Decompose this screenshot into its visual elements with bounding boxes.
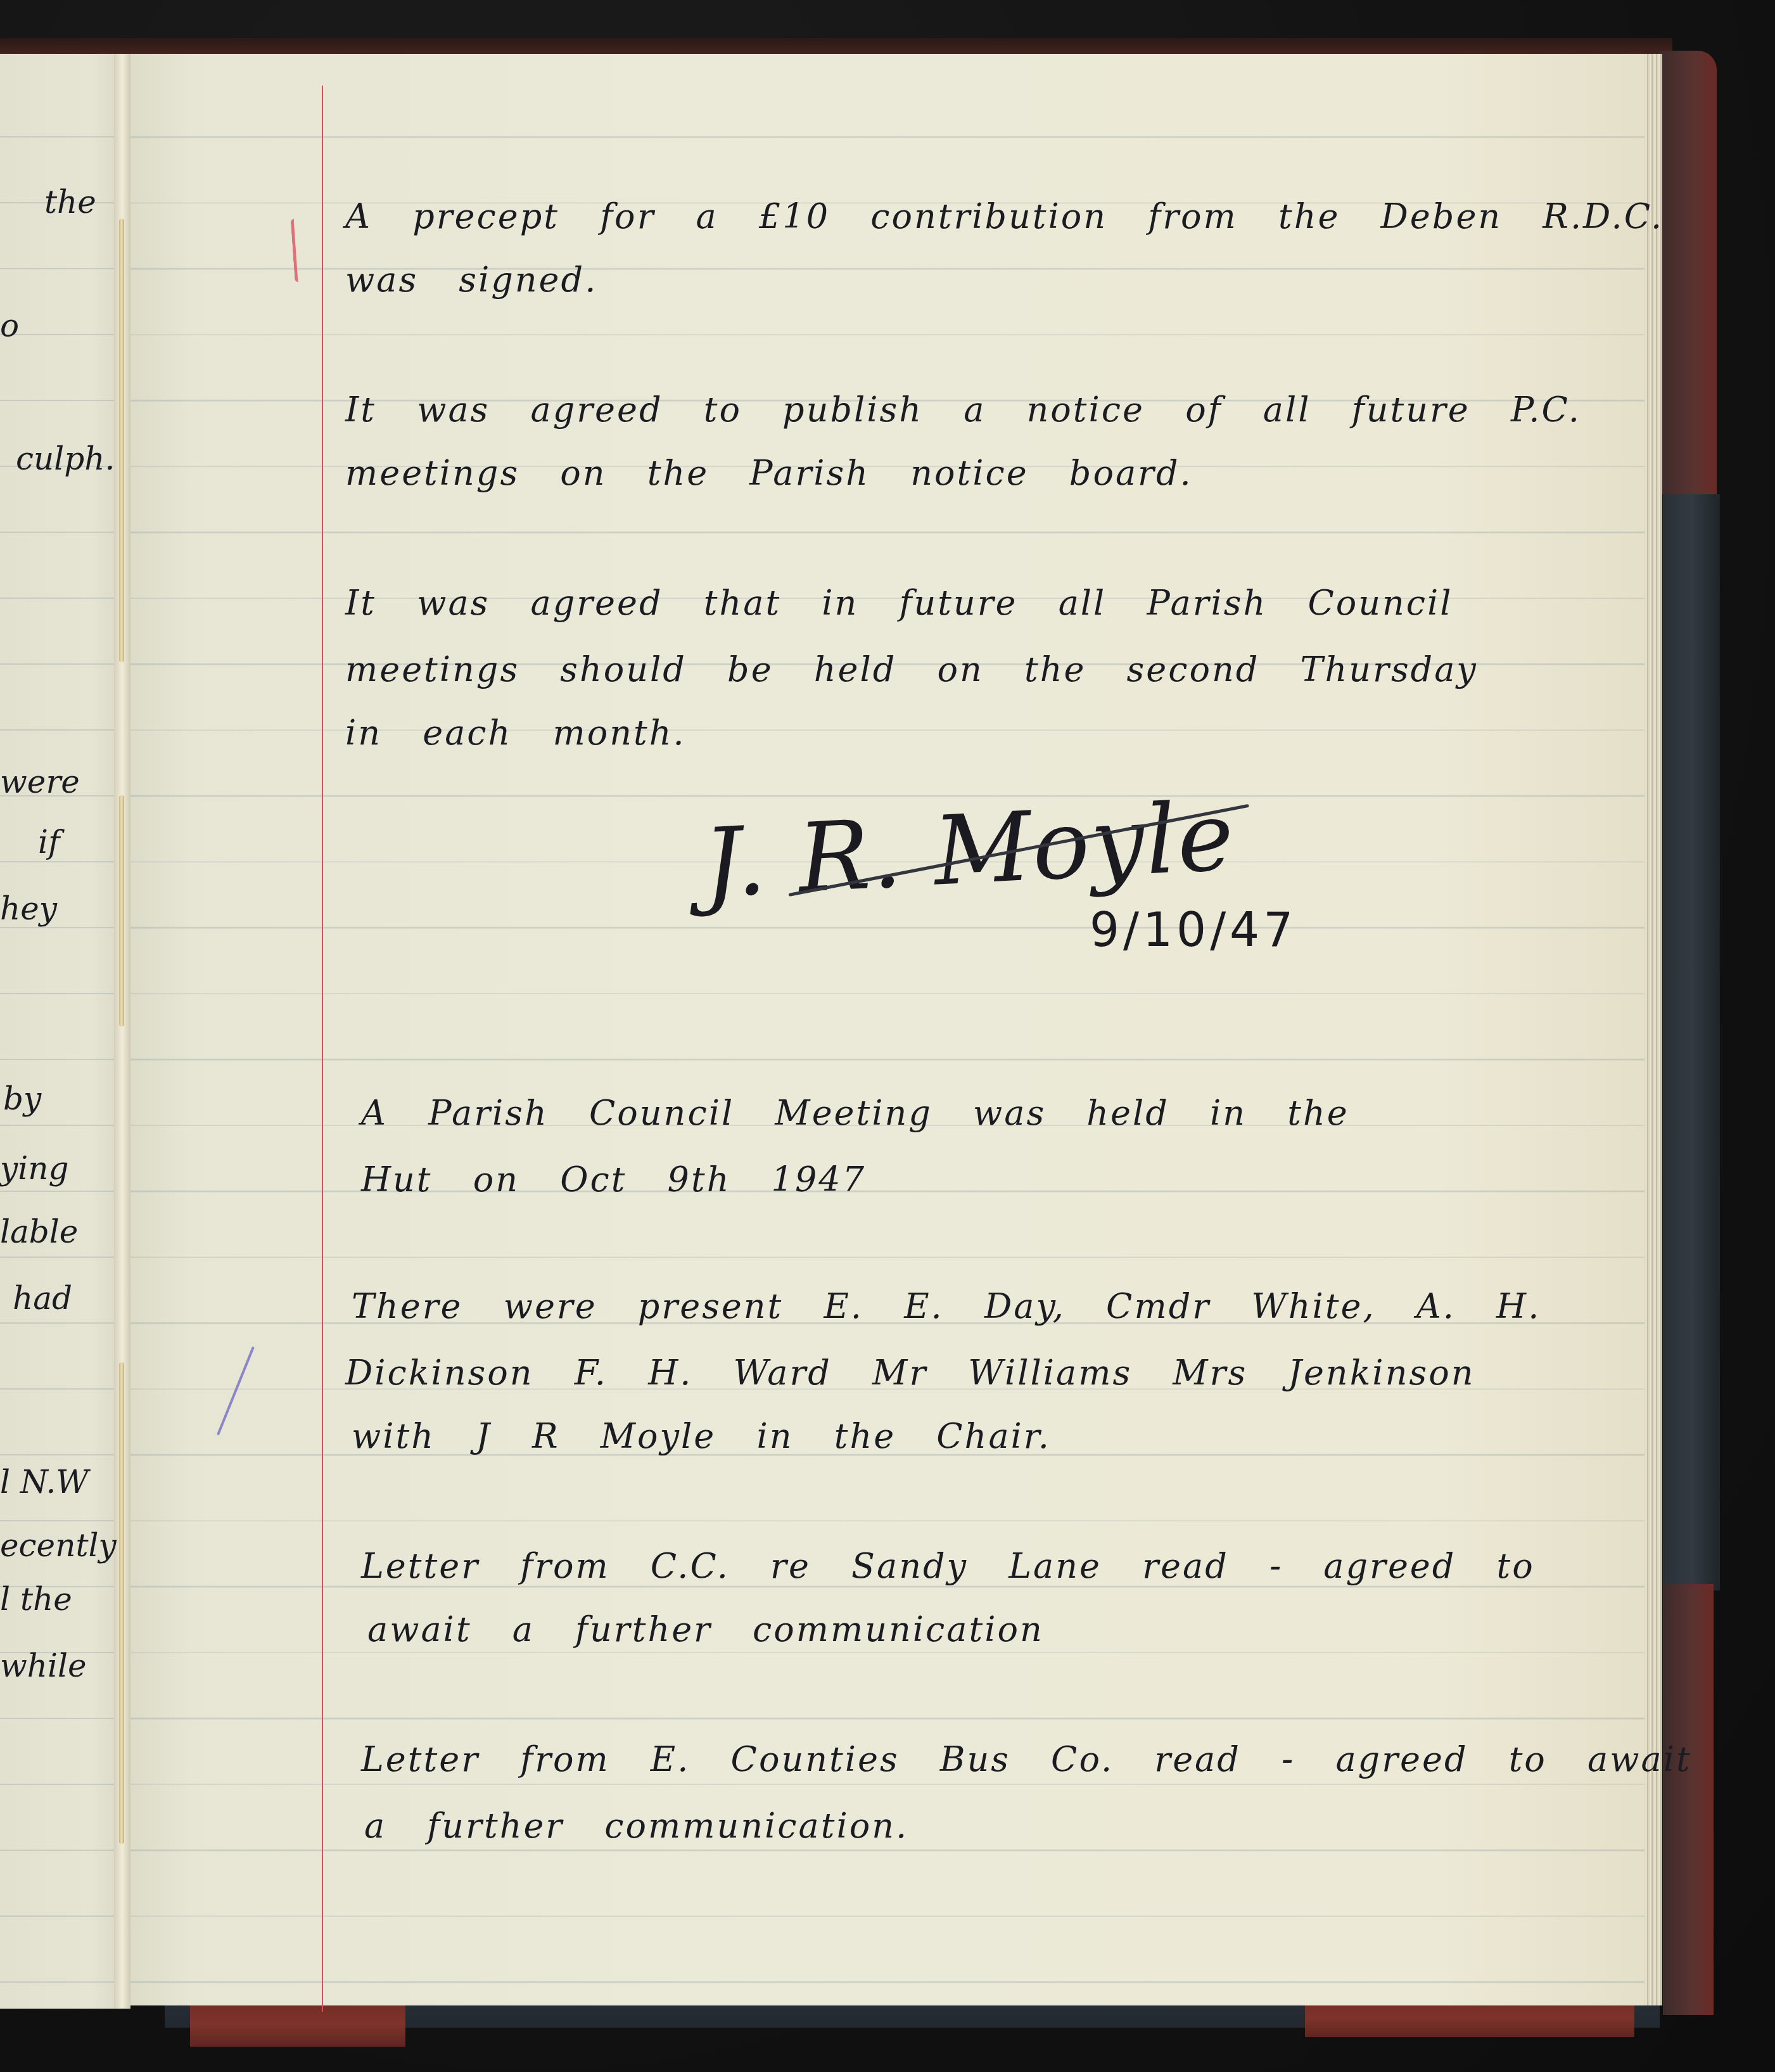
handwritten-line: There were present E. E. Day, Cmdr White… [352, 1286, 1541, 1326]
handwritten-line: was signed. [345, 260, 597, 300]
left-fragment: culph. [16, 440, 115, 477]
right-page-ruling [130, 54, 1645, 2005]
left-page-ruling [0, 54, 114, 2009]
handwritten-line: Hut on Oct 9th 1947 [361, 1160, 866, 1199]
left-fragment: while [0, 1647, 87, 1684]
handwritten-line: a further communication. [364, 1806, 908, 1846]
handwritten-line: meetings should be held on the second Th… [345, 649, 1478, 689]
left-fragment: lable [0, 1213, 78, 1250]
handwritten-line: meetings on the Parish notice board. [345, 453, 1193, 493]
handwritten-line: Dickinson F. H. Ward Mr Williams Mrs Jen… [345, 1353, 1475, 1393]
left-fragment: ecently [0, 1527, 117, 1564]
handwritten-line: await a further communication [367, 1609, 1044, 1649]
left-fragment: l N.W [0, 1464, 89, 1500]
left-fragment: ying [0, 1150, 68, 1187]
handwritten-line: in each month. [345, 713, 686, 753]
book-cover-corner-top-right [1660, 51, 1717, 494]
left-fragment: o [0, 307, 19, 344]
left-fragment: if [38, 824, 60, 860]
left-fragment: the [44, 184, 96, 221]
binding-stitch [119, 795, 124, 1026]
handwritten-line: It was agreed to publish a notice of all… [345, 390, 1581, 430]
left-fragment: were [0, 764, 80, 800]
book-cover-corner-bottom-right [1663, 1584, 1714, 2015]
binding-stitch [119, 219, 124, 662]
handwritten-line: A Parish Council Meeting was held in the [361, 1093, 1349, 1133]
page-block-edges [1645, 54, 1662, 2005]
handwritten-line: Letter from E. Counties Bus Co. read - a… [361, 1739, 1692, 1779]
handwritten-line: It was agreed that in future all Parish … [345, 583, 1453, 623]
left-fragment: hey [0, 890, 57, 927]
handwritten-line: Letter from C.C. re Sandy Lane read - ag… [361, 1546, 1535, 1586]
left-fragment: had [13, 1280, 72, 1317]
signature-date: 9/10/47 [1090, 903, 1297, 957]
binding-stitch [119, 1362, 124, 1844]
left-fragment: l the [0, 1581, 72, 1618]
handwritten-line: A precept for a £10 contribution from th… [345, 196, 1664, 236]
handwritten-line: with J R Moyle in the Chair. [352, 1416, 1051, 1456]
left-fragment: by [3, 1080, 41, 1117]
margin-rule [322, 86, 323, 2012]
book-spine-cloth-right [1663, 494, 1720, 1590]
